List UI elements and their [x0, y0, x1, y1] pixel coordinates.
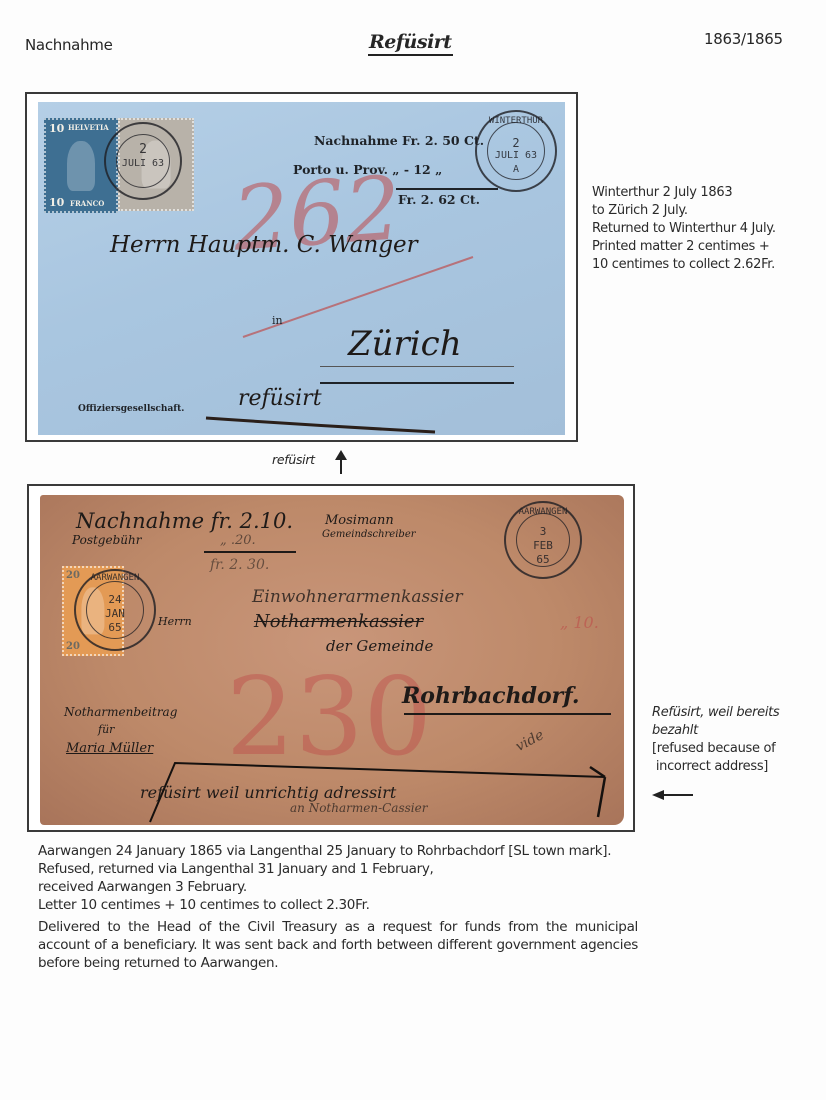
underline-stroke	[203, 412, 443, 435]
sender-title: Gemeindschreiber	[322, 529, 416, 540]
postgebuehr-amount: „ .20.	[220, 533, 256, 548]
arrow-up-icon	[334, 450, 348, 474]
red-amount-right: „ 10.	[560, 613, 599, 632]
city-handwriting: Zürich	[348, 324, 462, 364]
page-header-date-range: 1863/1865	[704, 30, 783, 48]
total-handwriting: fr. 2. 30.	[210, 557, 269, 573]
cover-2-frame: Nachnahme fr. 2.10. Postgebühr „ .20. fr…	[27, 484, 635, 832]
destination-handwriting: Rohrbachdorf.	[402, 683, 580, 709]
cover-2-description: Aarwangen 24 January 1865 via Langenthal…	[38, 842, 638, 972]
aarwangen-postmark-on-stamp: AARWANGEN 24 JAN 65	[74, 569, 156, 651]
herrn-handwriting: Herrn	[158, 615, 192, 628]
address-line-2: Notharmenkassier	[254, 611, 423, 632]
winterthur-postmark-on-stamp: 2 JULI 63	[104, 122, 182, 200]
winterthur-postmark: WINTERTHUR 2 JULI 63 A	[475, 110, 557, 192]
sender-name: Mosimann	[325, 513, 394, 528]
aarwangen-arrival-postmark: AARWANGEN 3 FEB 65	[504, 501, 582, 579]
postgebuehr-handwriting: Postgebühr	[72, 533, 141, 547]
left-note-1: Notharmenbeitrag	[64, 705, 177, 719]
refused-note-handwriting: refüsirt weil unrichtig adressirt	[140, 783, 396, 802]
printed-sender: Offiziersgesellschaft.	[78, 404, 184, 414]
page-title: Refüsirt	[369, 31, 452, 53]
printed-total-line: Fr. 2. 62 Ct.	[398, 192, 480, 207]
cover-2-history-paragraph: Delivered to the Head of the Civil Treas…	[38, 918, 638, 972]
printed-in-label: in	[272, 314, 283, 327]
left-note-2: für	[98, 723, 114, 736]
arrow-left-icon	[652, 789, 694, 801]
vide-note: vide	[513, 727, 547, 755]
helvetia-figure-icon	[67, 140, 95, 190]
left-note-3: Maria Müller	[66, 741, 153, 756]
cover-1-envelope: 10 HELVETIA 10 FRANCO 2 JULI 63 Nachnahm…	[38, 102, 565, 435]
refused-note-2-handwriting: an Notharmen-Cassier	[290, 801, 427, 815]
address-line-3: der Gemeinde	[326, 637, 433, 655]
refused-note-handwriting: refüsirt	[238, 386, 322, 411]
addressee-handwriting: Herrn Hauptm. C. Wanger	[110, 232, 418, 258]
address-line-1: Einwohnerarmenkassier	[252, 587, 463, 607]
cover-1-caption: Winterthur 2 July 1863 to Zürich 2 July.…	[592, 184, 776, 274]
cover-2-caption: Refüsirt, weil bereits bezahlt [refused …	[652, 704, 779, 776]
cover-1-frame: 10 HELVETIA 10 FRANCO 2 JULI 63 Nachnahm…	[25, 92, 578, 442]
refusirt-arrow-label: refüsirt	[272, 452, 315, 467]
printed-nachnahme-line: Nachnahme Fr. 2. 50 Ct.	[314, 133, 484, 148]
page-header-left: Nachnahme	[25, 36, 113, 54]
nachnahme-handwriting: Nachnahme fr. 2.10.	[76, 509, 293, 533]
cover-2-envelope: Nachnahme fr. 2.10. Postgebühr „ .20. fr…	[40, 495, 624, 825]
